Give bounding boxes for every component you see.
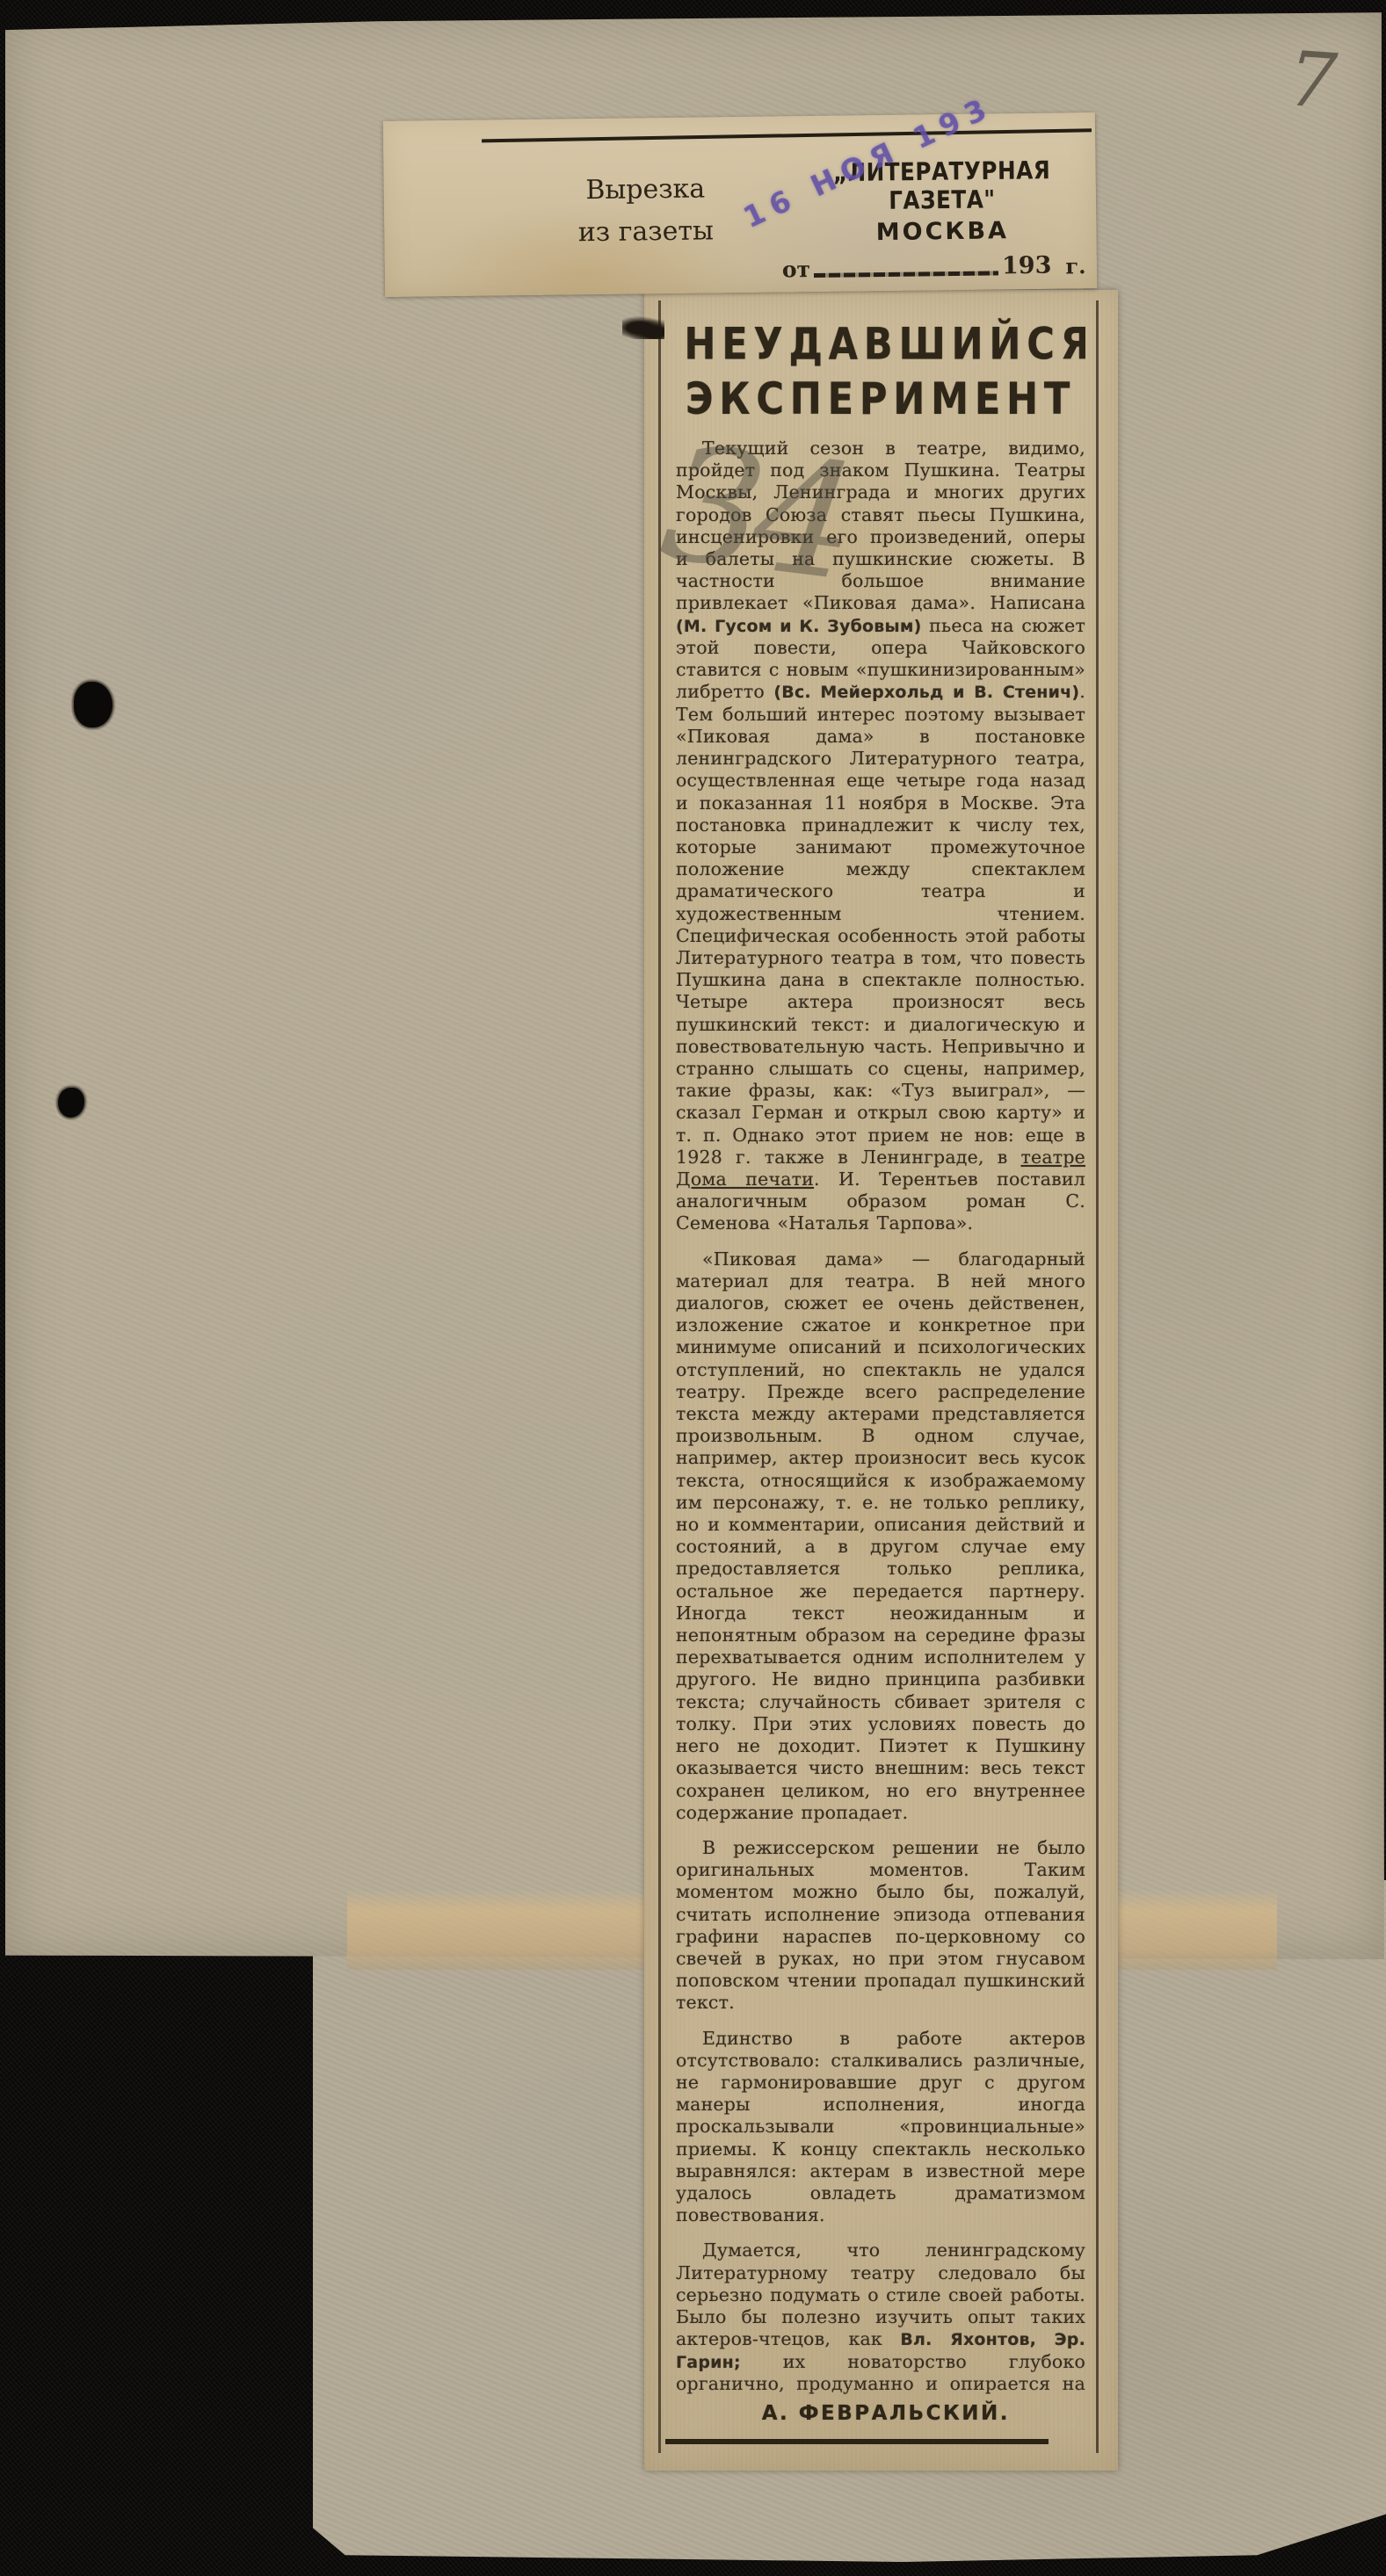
label-source-line-2: из газеты <box>564 210 728 254</box>
headline-line-1: НЕУДАВШИЙСЯ <box>684 316 1077 372</box>
date-suffix: г. <box>1065 253 1085 279</box>
text-segment: (М. Гусом и К. Зубовым) <box>676 617 922 636</box>
text-segment: (Вс. Мейерхольд и В. Стенич) <box>773 683 1079 702</box>
label-top-rule <box>482 128 1092 142</box>
headline-line-2: ЭКСПЕРИМЕНТ <box>684 372 1077 427</box>
text-segment: «Пиковая дама» — благодарный материал дл… <box>676 1248 1085 1823</box>
date-year: 193 <box>1002 252 1052 280</box>
album-page: 7 34 НЕУДАВШИЙСЯ ЭКСПЕРИМЕНТ Текущий сез… <box>0 0 1386 2576</box>
text-segment: Текущий сезон в театре, видимо, пройдет … <box>676 438 1085 613</box>
article-byline: А. ФЕВРАЛЬСКИЙ. <box>676 2402 1085 2425</box>
text-segment: Единство в работе актеров отсутствовало:… <box>676 2028 1085 2226</box>
article-body: Текущий сезон в театре, видимо, пройдет … <box>676 438 1085 2395</box>
label-source-line-1: Вырезка <box>564 168 728 212</box>
column-rule-left <box>658 300 661 2453</box>
bottom-rule <box>665 2439 1049 2444</box>
article-headline: НЕУДАВШИЙСЯ ЭКСПЕРИМЕНТ <box>684 316 1077 426</box>
article-paragraph: Текущий сезон в театре, видимо, пройдет … <box>676 438 1085 1235</box>
article-paragraph: Думается, что ленинградскому Литературно… <box>676 2240 1085 2395</box>
text-segment: . Тем больший интерес поэтому вызывает «… <box>676 681 1085 1167</box>
text-segment: В режиссерском решении не было оригиналь… <box>676 1837 1085 2013</box>
article-paragraph: «Пиковая дама» — благодарный материал дл… <box>676 1248 1085 1824</box>
punch-hole-top <box>74 682 112 727</box>
clipping-footer: А. ФЕВРАЛЬСКИЙ. <box>676 2402 1085 2444</box>
city-name: МОСКВА <box>795 216 1089 247</box>
date-prefix: от <box>782 257 811 282</box>
newspaper-clipping: НЕУДАВШИЙСЯ ЭКСПЕРИМЕНТ Текущий сезон в … <box>644 290 1118 2471</box>
article-paragraph: Единство в работе актеров отсутствовало:… <box>676 2028 1085 2227</box>
label-source: Вырезка из газеты <box>564 168 728 254</box>
ink-smudge <box>622 316 664 339</box>
date-fill-line <box>814 271 998 278</box>
date-line: от 193 г. <box>782 251 1086 282</box>
article-paragraph: В режиссерском решении не было оригиналь… <box>676 1837 1085 2015</box>
clipping-content: НЕУДАВШИЙСЯ ЭКСПЕРИМЕНТ Текущий сезон в … <box>676 316 1085 2395</box>
column-rule-right <box>1096 300 1099 2453</box>
